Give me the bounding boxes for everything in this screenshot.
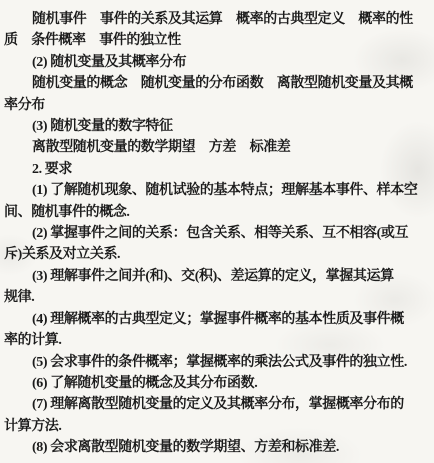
text-line: (3) 理解事件之间并(和)、交(积)、差运算的定义，掌握其运算 (3, 266, 432, 287)
section-heading-requirements: 2. 要求 (3, 159, 432, 180)
text-line: 随机变量的概念 随机变量的分布函数 离散型随机变量及其概 (3, 73, 432, 94)
document-page: 随机事件 事件的关系及其运算 概率的古典型定义 概率的性 质 条件概率 事件的独… (0, 0, 434, 463)
text-line: (5) 会求事件的条件概率；掌握概率的乘法公式及事件的独立性. (3, 352, 432, 373)
text-line: 随机事件 事件的关系及其运算 概率的古典型定义 概率的性 (3, 9, 432, 30)
document-lines: 随机事件 事件的关系及其运算 概率的古典型定义 概率的性 质 条件概率 事件的独… (3, 9, 432, 459)
text-line: (4) 理解概率的古典型定义；掌握事件概率的基本性质及事件概 (3, 309, 432, 330)
text-line: 计算方法. (3, 416, 432, 437)
text-line: (2) 掌握事件之间的关系：包含关系、相等关系、互不相容(或互 (3, 223, 432, 244)
text-line: 率分布 (3, 95, 432, 116)
text-line: 率的计算. (3, 330, 432, 351)
text-line: 离散型随机变量的数学期望 方差 标准差 (3, 137, 432, 158)
text-line: 规律. (3, 287, 432, 308)
text-line: 质 条件概率 事件的独立性 (3, 30, 432, 51)
text-line: 斥)关系及对立关系. (3, 244, 432, 265)
text-line: (2) 随机变量及其概率分布 (3, 52, 432, 73)
text-line: 间、随机事件的概念. (3, 202, 432, 223)
text-line: (7) 理解离散型随机变量的定义及其概率分布，掌握概率分布的 (3, 394, 432, 415)
text-line: (1) 了解随机现象、随机试验的基本特点；理解基本事件、样本空 (3, 180, 432, 201)
text-line: (3) 随机变量的数字特征 (3, 116, 432, 137)
text-line: (6) 了解随机变量的概念及其分布函数. (3, 373, 432, 394)
text-line: (8) 会求离散型随机变量的数学期望、方差和标准差. (3, 437, 432, 458)
